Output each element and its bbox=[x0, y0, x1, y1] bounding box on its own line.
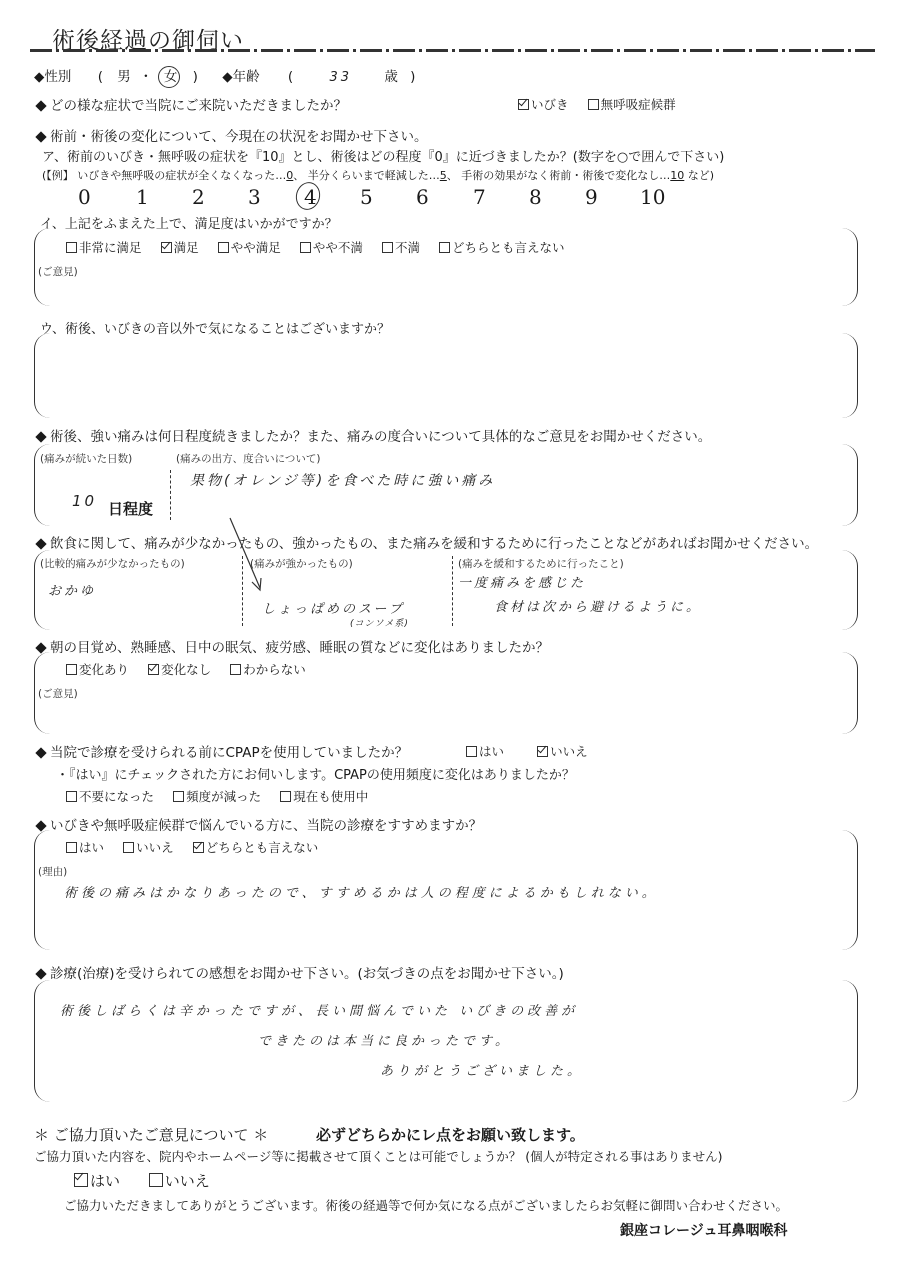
symptom-options: いびき 無呼吸症候群 bbox=[518, 94, 690, 113]
recommend-option-yes[interactable]: はい bbox=[66, 838, 104, 856]
pain-question: 術後、強い痛みは何日程度続きましたか？また、痛みの度合いについて具体的なご意見を… bbox=[34, 425, 711, 445]
checkbox-checked-icon[interactable] bbox=[148, 664, 159, 675]
checkbox-icon[interactable] bbox=[149, 1173, 163, 1187]
cpap-question: 当院で診療を受けられる前にCPAPを使用していましたか？ bbox=[34, 741, 408, 761]
satisfaction-option-somewhat-dissatisfied[interactable]: やや不満 bbox=[300, 238, 363, 256]
diamond-bullet-icon bbox=[35, 747, 46, 758]
pain-days-label: (痛みが続いた日数) bbox=[40, 451, 132, 466]
morning-option-no-change[interactable]: 変化なし bbox=[148, 660, 211, 678]
cpap-options: はい いいえ bbox=[466, 741, 602, 760]
diamond-bullet-icon bbox=[35, 968, 46, 979]
checkbox-checked-icon[interactable] bbox=[74, 1173, 88, 1187]
consent-question: ご協力頂いた内容を、院内やホームページ等に掲載させて頂くことは可能でしょうか？ … bbox=[34, 1147, 722, 1165]
cpap-followup-option-still-using[interactable]: 現在も使用中 bbox=[280, 787, 368, 805]
selected-circle bbox=[293, 179, 323, 212]
clinic-name: 銀座コレージュ耳鼻咽喉科 bbox=[620, 1220, 787, 1240]
recommend-reason-label: (理由) bbox=[38, 864, 67, 879]
diamond-bullet-icon bbox=[35, 642, 46, 653]
impression-line1[interactable]: 術後しばらくは辛かったですが、長い間悩んでいた いびきの改善が bbox=[60, 1000, 578, 1019]
scale-option-1[interactable]: 1 bbox=[136, 185, 149, 209]
scale-option-7[interactable]: 7 bbox=[473, 185, 486, 209]
symptom-option-snoring[interactable]: いびき bbox=[518, 95, 569, 113]
pain-detail-field[interactable]: 果物(オレンジ等)を食べた時に強い痛み bbox=[190, 470, 495, 490]
diamond-bullet-icon bbox=[35, 100, 46, 111]
gender-option-male[interactable]: 男 bbox=[117, 69, 131, 85]
satisfaction-opinion-label: (ご意見) bbox=[38, 264, 78, 279]
scale-option-3[interactable]: 3 bbox=[248, 185, 261, 209]
satisfaction-options: 非常に満足 満足 やや満足 やや不満 不満 どちらとも言えない bbox=[66, 237, 579, 256]
gender-option-female[interactable]: 女 bbox=[161, 69, 185, 85]
checkbox-icon[interactable] bbox=[66, 664, 77, 675]
satisfaction-opinion-field[interactable] bbox=[100, 264, 820, 300]
morning-options: 変化あり 変化なし わからない bbox=[66, 659, 320, 678]
checkbox-checked-icon[interactable] bbox=[193, 842, 204, 853]
scale-option-5[interactable]: 5 bbox=[360, 185, 373, 209]
checkbox-icon[interactable] bbox=[66, 842, 77, 853]
checkbox-icon[interactable] bbox=[280, 791, 291, 802]
checkbox-icon[interactable] bbox=[466, 746, 477, 757]
checkbox-icon[interactable] bbox=[439, 242, 450, 253]
symptom-question: どの様な症状で当院にご来院いただきましたか？ bbox=[34, 94, 347, 114]
column-divider bbox=[170, 470, 171, 520]
morning-option-changed[interactable]: 変化あり bbox=[66, 660, 129, 678]
checkbox-icon[interactable] bbox=[66, 791, 77, 802]
checkbox-icon[interactable] bbox=[66, 242, 77, 253]
cpap-followup-options: 不要になった 頻度が減った 現在も使用中 bbox=[66, 786, 382, 805]
pain-days-field[interactable]: 10 bbox=[72, 492, 97, 510]
profile-row: ◆性別 ( 男 ・ 女 ) ◆年齢 ( 33 歳 ) bbox=[34, 65, 415, 85]
recommend-option-no[interactable]: いいえ bbox=[123, 838, 174, 856]
scale-option-10[interactable]: 10 bbox=[640, 185, 665, 209]
checkbox-icon[interactable] bbox=[123, 842, 134, 853]
consent-options: はい いいえ bbox=[74, 1170, 224, 1191]
column-divider bbox=[452, 556, 453, 626]
cpap-followup: ・『はい』にチェックされた方にお伺いします。CPAPの使用頻度に変化はありました… bbox=[56, 764, 575, 783]
food-low-label: (比較的痛みが少なかったもの) bbox=[40, 556, 185, 571]
title-divider bbox=[30, 49, 875, 52]
satisfaction-option-somewhat-satisfied[interactable]: やや満足 bbox=[218, 238, 281, 256]
consent-thanks: ご協力いただきましてありがとうございます。術後の経過等で何か気になる点がございま… bbox=[64, 1196, 788, 1214]
diamond-bullet-icon bbox=[35, 538, 46, 549]
diamond-bullet-icon bbox=[35, 820, 46, 831]
checkbox-icon[interactable] bbox=[218, 242, 229, 253]
morning-opinion-label: (ご意見) bbox=[38, 686, 78, 701]
satisfaction-option-very-satisfied[interactable]: 非常に満足 bbox=[66, 238, 142, 256]
consent-option-yes[interactable]: はい bbox=[74, 1170, 120, 1191]
impression-line3[interactable]: ありがとうございました。 bbox=[380, 1060, 584, 1079]
age-label: ◆年齢 bbox=[222, 69, 259, 85]
morning-option-unknown[interactable]: わからない bbox=[230, 660, 306, 678]
selected-circle bbox=[158, 66, 180, 88]
cpap-followup-option-unneeded[interactable]: 不要になった bbox=[66, 787, 154, 805]
checkbox-checked-icon[interactable] bbox=[518, 99, 529, 110]
checkbox-icon[interactable] bbox=[230, 664, 241, 675]
gender-label: ◆性別 bbox=[34, 69, 71, 85]
food-high-field[interactable]: しょっぱめのスープ bbox=[262, 598, 405, 617]
checkbox-icon[interactable] bbox=[173, 791, 184, 802]
satisfaction-option-satisfied[interactable]: 満足 bbox=[161, 238, 199, 256]
change-question: 術前・術後の変化について、今現在の状況をお聞かせ下さい。 bbox=[34, 125, 427, 145]
scale-option-2[interactable]: 2 bbox=[192, 185, 205, 209]
recommend-option-neither[interactable]: どちらとも言えない bbox=[193, 838, 319, 856]
checkbox-icon[interactable] bbox=[300, 242, 311, 253]
morning-opinion-field[interactable] bbox=[100, 686, 820, 726]
diamond-bullet-icon bbox=[35, 131, 46, 142]
cpap-followup-option-reduced[interactable]: 頻度が減った bbox=[173, 787, 261, 805]
cpap-option-no[interactable]: いいえ bbox=[537, 742, 588, 760]
food-question: 飲食に関して、痛みが少なかったもの、強かったもの、また痛みを緩和するために行った… bbox=[34, 532, 818, 552]
column-divider bbox=[242, 556, 243, 626]
scale-option-8[interactable]: 8 bbox=[529, 185, 542, 209]
satisfaction-option-neither[interactable]: どちらとも言えない bbox=[439, 238, 565, 256]
food-high-label: (痛みが強かったもの) bbox=[250, 556, 353, 571]
checkbox-icon[interactable] bbox=[588, 99, 599, 110]
symptom-option-apnea[interactable]: 無呼吸症候群 bbox=[588, 95, 676, 113]
consent-heading-right: 必ずどちらかにレ点をお願い致します。 bbox=[316, 1124, 585, 1145]
pain-days-unit: 日程度 bbox=[108, 498, 153, 519]
impression-question: 診療(治療)を受けられての感想をお聞かせ下さい。(お気づきの点をお聞かせ下さい。… bbox=[34, 962, 564, 982]
scale-option-9[interactable]: 9 bbox=[585, 185, 598, 209]
scale-option-6[interactable]: 6 bbox=[416, 185, 429, 209]
food-high-note: (コンソメ系) bbox=[350, 616, 409, 629]
checkbox-checked-icon[interactable] bbox=[537, 746, 548, 757]
diamond-bullet-icon bbox=[35, 431, 46, 442]
checkbox-checked-icon[interactable] bbox=[161, 242, 172, 253]
change-sub-a: ア、術前のいびき・無呼吸の症状を『10』とし、術後はどの程度『0』に近づきました… bbox=[42, 146, 724, 165]
scale-option-0[interactable]: 0 bbox=[78, 185, 91, 209]
food-relief-line1[interactable]: 一度痛みを感じた bbox=[458, 572, 586, 591]
checkbox-icon[interactable] bbox=[382, 242, 393, 253]
consent-heading-left: ＊ ご協力頂いたご意見について ＊ bbox=[34, 1124, 268, 1145]
food-low-field[interactable]: おかゆ bbox=[48, 580, 96, 599]
satisfaction-option-dissatisfied[interactable]: 不満 bbox=[382, 238, 420, 256]
change-example: (【例】 いびきや無呼吸の症状が全くなくなった…0、 半分くらいまで軽減した…5… bbox=[42, 167, 714, 183]
age-unit: 歳 bbox=[384, 69, 398, 85]
food-relief-label: (痛みを緩和するために行ったこと) bbox=[458, 556, 624, 571]
food-relief-line2[interactable]: 食材は次から避けるように。 bbox=[494, 596, 702, 615]
other-concerns-field[interactable] bbox=[60, 340, 840, 410]
cpap-option-yes[interactable]: はい bbox=[466, 742, 504, 760]
recommend-reason-field[interactable]: 術後の痛みはかなりあったので、すすめるかは人の程度によるかもしれない。 bbox=[64, 882, 659, 901]
age-field[interactable]: 33 bbox=[330, 70, 353, 85]
impression-line2[interactable]: できたのは本当に良かったです。 bbox=[258, 1030, 512, 1049]
pain-detail-label: (痛みの出方、度合いについて) bbox=[176, 451, 320, 466]
consent-option-no[interactable]: いいえ bbox=[149, 1170, 210, 1191]
recommend-options: はい いいえ どちらとも言えない bbox=[66, 837, 332, 856]
